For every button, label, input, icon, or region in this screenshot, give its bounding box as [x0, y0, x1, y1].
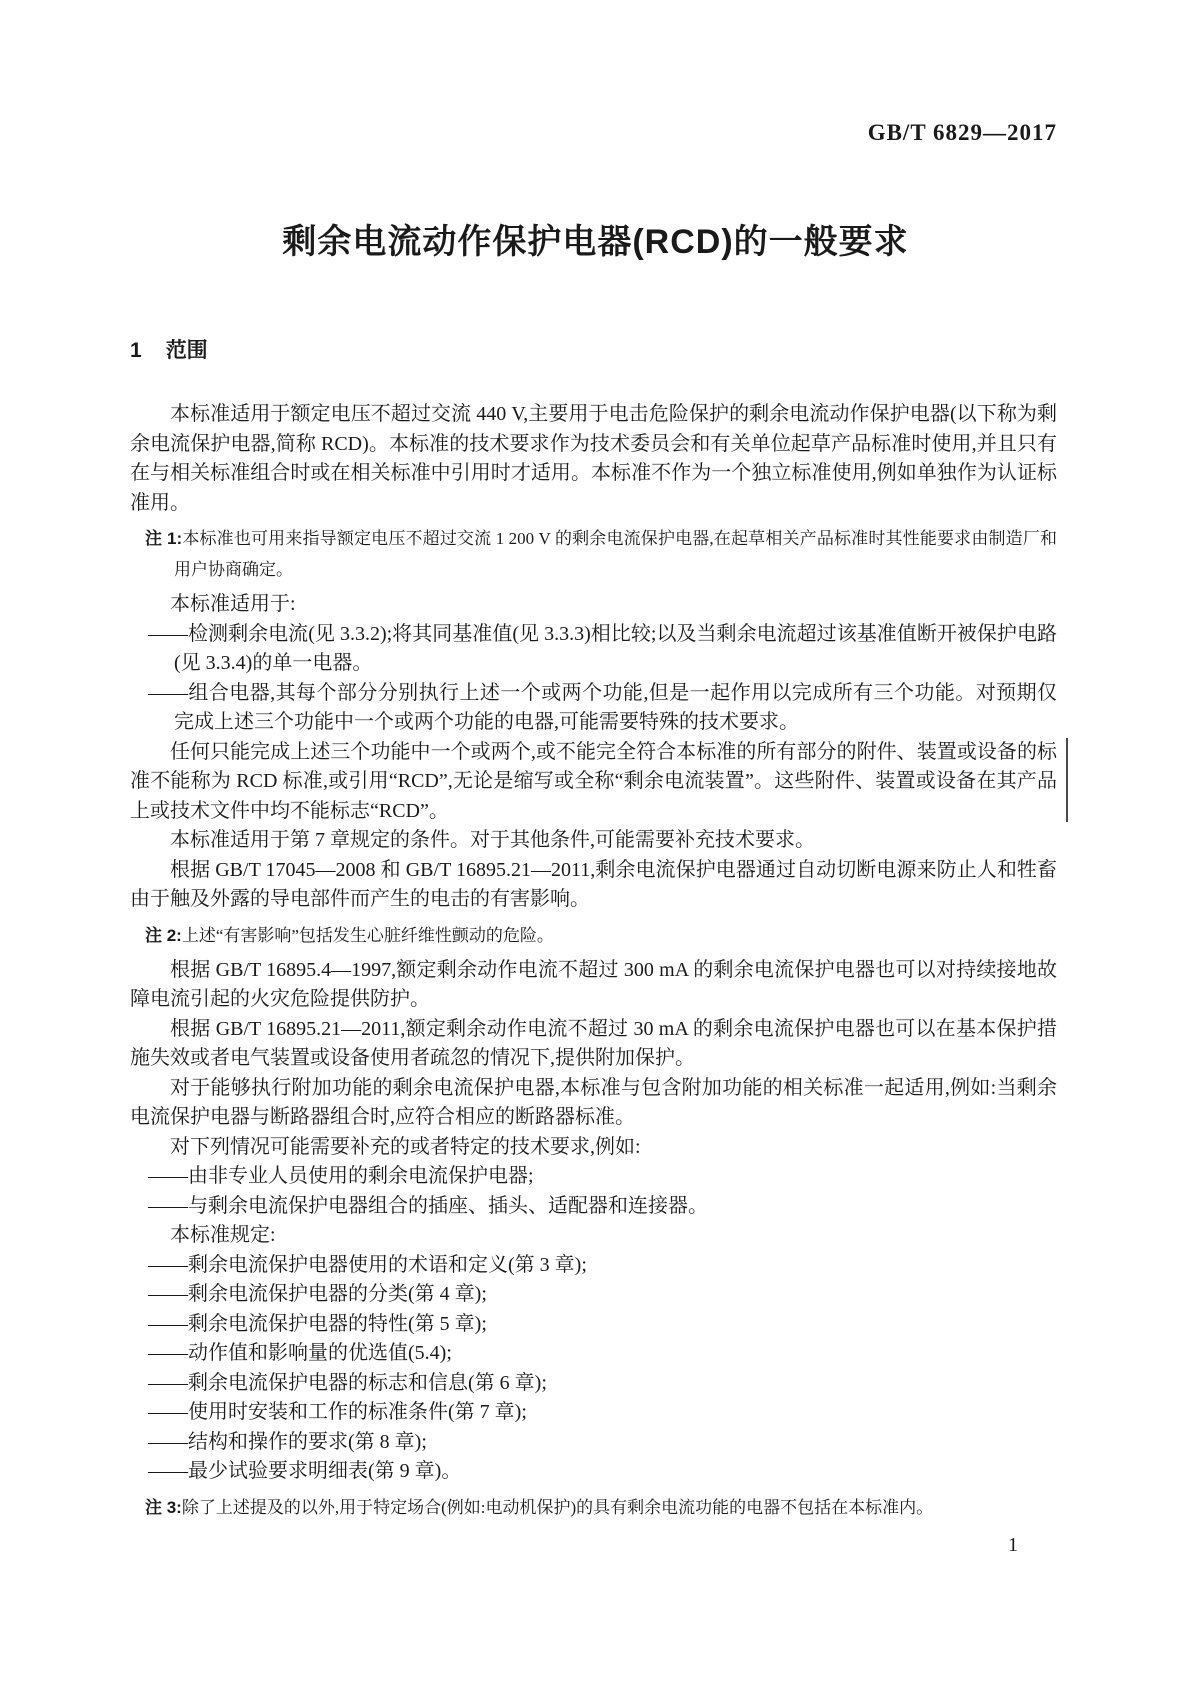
- dash-list-item: ——剩余电流保护电器使用的术语和定义(第 3 章);: [130, 1251, 1057, 1281]
- paragraph: 本标准适用于:: [130, 590, 1057, 620]
- paragraph: 任何只能完成上述三个功能中一个或两个,或不能完全符合本标准的所有部分的附件、装置…: [130, 738, 1057, 827]
- dash-list-item: ——动作值和影响量的优选值(5.4);: [130, 1339, 1057, 1369]
- dash-list-item: ——由非专业人员使用的剩余电流保护电器;: [130, 1162, 1057, 1192]
- paragraph: 根据 GB/T 16895.21—2011,额定剩余动作电流不超过 30 mA …: [130, 1015, 1057, 1074]
- dash-list-item: ——剩余电流保护电器的特性(第 5 章);: [130, 1310, 1057, 1340]
- dash-list-item: ——剩余电流保护电器的分类(第 4 章);: [130, 1280, 1057, 1310]
- dash-list-item: ——最少试验要求明细表(第 9 章)。: [130, 1457, 1057, 1487]
- paragraph: 根据 GB/T 16895.4—1997,额定剩余动作电流不超过 300 mA …: [130, 956, 1057, 1015]
- paragraph: 本标准适用于第 7 章规定的条件。对于其他条件,可能需要补充技术要求。: [130, 826, 1057, 856]
- paragraph: 本标准规定:: [130, 1221, 1057, 1251]
- section-heading: 1范围: [130, 338, 208, 364]
- section-number: 1: [130, 339, 142, 362]
- dash-list-item: ——剩余电流保护电器的标志和信息(第 6 章);: [130, 1369, 1057, 1399]
- dash-list-item: ——使用时安装和工作的标准条件(第 7 章);: [130, 1398, 1057, 1428]
- revision-bar: [1066, 738, 1068, 822]
- paragraph: 根据 GB/T 17045—2008 和 GB/T 16895.21—2011,…: [130, 856, 1057, 915]
- note: 注 1:本标准也可用来指导额定电压不超过交流 1 200 V 的剩余电流保护电器…: [130, 523, 1057, 585]
- page-number: 1: [1008, 1532, 1018, 1558]
- dash-list-item: ——组合电器,其每个部分分别执行上述一个或两个功能,但是一起作用以完成所有三个功…: [130, 679, 1057, 738]
- note-label: 注 1:: [145, 529, 182, 548]
- document-page: GB/T 6829—2017 剩余电流动作保护电器(RCD)的一般要求 1范围 …: [0, 0, 1191, 1684]
- standard-number-header: GB/T 6829—2017: [130, 118, 1057, 148]
- dash-list-item: ——检测剩余电流(见 3.3.2);将其同基准值(见 3.3.3)相比较;以及当…: [130, 620, 1057, 679]
- section-title: 范围: [166, 339, 208, 362]
- dash-list-item: ——与剩余电流保护电器组合的插座、插头、适配器和连接器。: [130, 1192, 1057, 1222]
- standard-number: GB/T 6829—2017: [868, 120, 1057, 145]
- note: 注 2:上述“有害影响”包括发生心脏纤维性颤动的危险。: [130, 920, 1057, 951]
- document-title: 剩余电流动作保护电器(RCD)的一般要求: [0, 220, 1191, 264]
- dash-list-item: ——结构和操作的要求(第 8 章);: [130, 1428, 1057, 1458]
- paragraph: 本标准适用于额定电压不超过交流 440 V,主要用于电击危险保护的剩余电流动作保…: [130, 400, 1057, 518]
- content-body: 本标准适用于额定电压不超过交流 440 V,主要用于电击危险保护的剩余电流动作保…: [130, 400, 1057, 1528]
- paragraph: 对于能够执行附加功能的剩余电流保护电器,本标准与包含附加功能的相关标准一起适用,…: [130, 1074, 1057, 1133]
- note-label: 注 2:: [145, 926, 182, 945]
- note: 注 3:除了上述提及的以外,用于特定场合(例如:电动机保护)的具有剩余电流功能的…: [130, 1492, 1057, 1523]
- paragraph: 对下列情况可能需要补充的或者特定的技术要求,例如:: [130, 1133, 1057, 1163]
- note-label: 注 3:: [145, 1498, 182, 1517]
